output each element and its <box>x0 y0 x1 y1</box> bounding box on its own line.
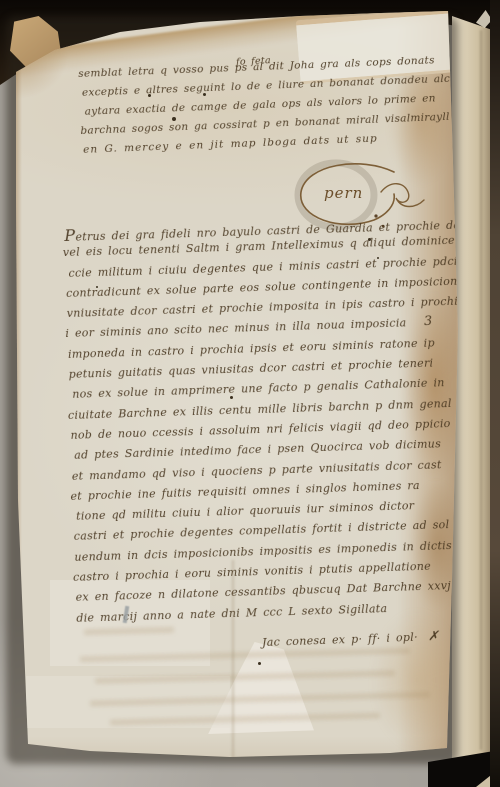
ink-speck <box>368 238 371 241</box>
ink-speck <box>148 94 151 97</box>
folio-crease <box>480 30 482 750</box>
fold-crease <box>232 560 234 760</box>
ink-speck <box>172 117 176 121</box>
ink-speck <box>96 286 98 288</box>
ink-speck <box>203 93 206 96</box>
margin-mark: 3 <box>423 314 433 330</box>
subscription-flourish-icon: ✗ <box>418 629 439 645</box>
paraph-label: pern <box>324 184 363 202</box>
manuscript-page: fo feta semblat letra q vosso pus ps al … <box>12 10 460 762</box>
ink-speck <box>377 257 379 259</box>
letter-body: Petrus dei gra fideli nro bayulo castri … <box>64 214 471 632</box>
manuscript-photo: fo feta semblat letra q vosso pus ps al … <box>0 0 500 787</box>
ink-speck <box>258 662 261 665</box>
ink-speck <box>230 396 233 399</box>
paraph-swash-icon <box>381 184 424 207</box>
marginal-note: semblat letra q vosso pus ps al dit Joha… <box>78 54 453 163</box>
gutter-shadow <box>490 0 500 787</box>
